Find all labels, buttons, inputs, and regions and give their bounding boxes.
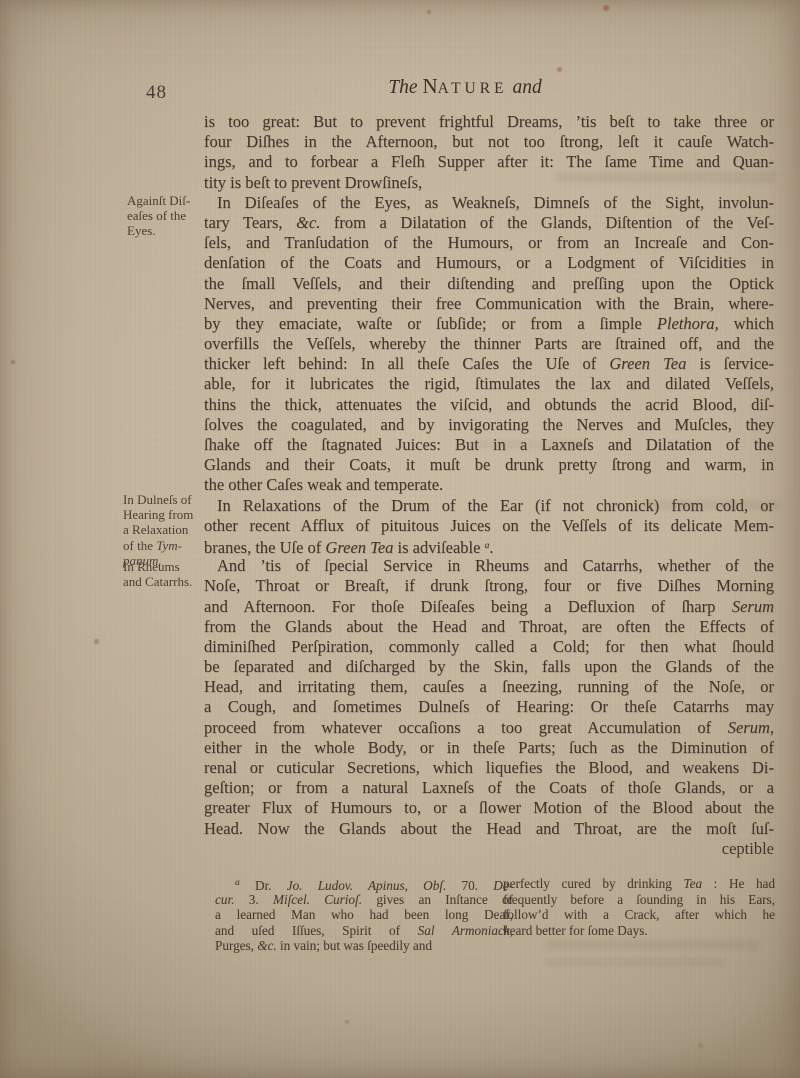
text-line: ings, and to forbear a Fleſh Supper afte… xyxy=(204,152,774,172)
footnote-marker: a xyxy=(485,541,490,551)
text-line: Purges, &c. in vain; but was ſpeedily an… xyxy=(215,938,513,954)
text-line: heard better for ſome Days. xyxy=(503,923,775,939)
text-line: thins the thick, attenuates the viſcid, … xyxy=(204,395,774,415)
foxing-stain xyxy=(603,5,609,11)
text-line: overfills the Veſſels, whereby the thinn… xyxy=(204,334,774,354)
bleedthrough-smudge xyxy=(545,958,725,967)
text-line: renal or cuticular Secretions, which liq… xyxy=(204,758,774,778)
scanned-book-page-photo: { "colors": { "paper": "#c3b49e", "ink":… xyxy=(0,0,800,1078)
paragraph: And ’tis of ſpecial Service in Rheums an… xyxy=(204,556,774,839)
body-text: is too great: But to prevent frightful D… xyxy=(204,112,774,839)
styled-text: Obſ. xyxy=(423,878,446,893)
text-line: other recent Afflux of pituitous Juices … xyxy=(204,516,774,536)
text-line: four Diſhes in the Afternoon, but not to… xyxy=(204,132,774,152)
text-line: denſation of the Coats and Humours, or a… xyxy=(204,253,774,273)
footnote-marker: a xyxy=(235,878,240,888)
text-line: In Rheums xyxy=(123,559,211,574)
text-line: diminiſhed Perſpiration, commonly called… xyxy=(204,637,774,657)
text-line: tary Tears, &c. from a Dilatation of the… xyxy=(204,213,774,233)
foxing-stain xyxy=(345,1020,349,1024)
text-line: In Diſeaſes of the Eyes, as Weakneſs, Di… xyxy=(204,193,774,213)
text-line: be ſeparated and diſcharged by the Skin,… xyxy=(204,657,774,677)
styled-text: Tea xyxy=(683,876,702,891)
text-line: Nerves, and preventing their free Commun… xyxy=(204,294,774,314)
margin-note-eyes: Againſt Diſ-eaſes of theEyes. xyxy=(127,193,215,239)
text-line: by they emaciate, waſte or ſubſide; or f… xyxy=(204,314,774,334)
text-line: branes, the Uſe of Green Tea is adviſeab… xyxy=(204,536,774,556)
styled-text: &c. xyxy=(296,213,320,232)
paragraph: is too great: But to prevent frightful D… xyxy=(204,112,774,193)
text-line: proceed from whatever occaſions a too gr… xyxy=(204,718,774,738)
text-line: a Cough, and ſometimes Dulneſs of Hearin… xyxy=(204,697,774,717)
text-line: Head, and irritating them, cauſes a ſnee… xyxy=(204,677,774,697)
footnote-left-column: a Dr. Jo. Ludov. Apinus, Obſ. 70. De-cur… xyxy=(215,876,513,954)
text-line: Head. Now the Glands about the Head and … xyxy=(204,819,774,839)
text-line: frequently before a ſounding in his Ears… xyxy=(503,892,775,908)
text-line: and uſed Iſſues, Spirit of Sal Armoniack… xyxy=(215,923,513,939)
styled-text: Serum xyxy=(728,718,770,737)
text-line: able, for it lubricates the rigid, ſtimu… xyxy=(204,374,774,394)
text-line: In Dulneſs of xyxy=(123,492,211,507)
text-line: ſhake off the ſtagnated Juices: But in a… xyxy=(204,435,774,455)
page-number: 48 xyxy=(146,82,167,104)
foxing-stain xyxy=(94,639,99,644)
styled-text: Serum xyxy=(732,597,774,616)
text-line: a Dr. Jo. Ludov. Apinus, Obſ. 70. De- xyxy=(215,876,513,892)
foxing-stain xyxy=(698,1043,703,1048)
styled-text: Green Tea xyxy=(325,538,393,557)
text-line: a learned Man who had been long Deaf, xyxy=(215,907,513,923)
text-line: Hearing from xyxy=(123,507,211,522)
text-line: tity is beſt to prevent Drowſineſs, xyxy=(204,173,774,193)
paragraph: In Diſeaſes of the Eyes, as Weakneſs, Di… xyxy=(204,193,774,496)
styled-text: ATURE xyxy=(438,80,508,97)
styled-text: Miſcel. Curioſ. xyxy=(273,892,362,907)
text-line: And ’tis of ſpecial Service in Rheums an… xyxy=(204,556,774,576)
text-line: of the Tym- xyxy=(123,538,211,553)
footnote-right-column: perfectly cured by drinking Tea : He had… xyxy=(503,876,775,938)
text-line: either in the whole Body, or in theſe Pa… xyxy=(204,738,774,758)
text-line: Glands and their Coats, it muſt be drunk… xyxy=(204,455,774,475)
styled-text: and xyxy=(508,77,542,98)
text-line: the other Caſes weak and temperate. xyxy=(204,475,774,495)
foxing-stain xyxy=(11,360,15,364)
text-line: greater Flux of Humours to, or a ſlower … xyxy=(204,798,774,818)
paragraph: In Relaxations of the Drum of the Ear (i… xyxy=(204,496,774,557)
text-line: the ſmall Veſſels, and their diſtending … xyxy=(204,274,774,294)
text-line: Againſt Diſ- xyxy=(127,193,215,208)
styled-text: Plethora xyxy=(657,314,715,333)
foxing-stain xyxy=(557,67,562,72)
text-line: Eyes. xyxy=(127,223,215,238)
text-line: is too great: But to prevent frightful D… xyxy=(204,112,774,132)
running-header: The NATURE and xyxy=(180,74,750,99)
text-line: a Relaxation xyxy=(123,522,211,537)
text-line: and Catarrhs. xyxy=(123,574,211,589)
text-line: ſolves the coagulated, and by invigorati… xyxy=(204,415,774,435)
styled-text: cur. xyxy=(215,892,234,907)
text-line: perfectly cured by drinking Tea : He had xyxy=(503,876,775,892)
text-line: In Relaxations of the Drum of the Ear (i… xyxy=(204,496,774,516)
text-line: from the Glands about the Head and Throa… xyxy=(204,617,774,637)
catchword: ceptible xyxy=(204,839,774,859)
text-line: geſtion; or from a natural Laxneſs of th… xyxy=(204,778,774,798)
styled-text: &c. xyxy=(257,938,276,953)
book-page: 48 The NATURE and Againſt Diſ-eaſes of t… xyxy=(0,0,800,1078)
text-line: eaſes of the xyxy=(127,208,215,223)
text-line: and Afternoon. For thoſe Diſeaſes being … xyxy=(204,597,774,617)
styled-text: The xyxy=(388,77,422,98)
styled-text: N xyxy=(422,74,437,98)
styled-text: Tym- xyxy=(156,538,182,553)
styled-text: Green Tea xyxy=(609,354,686,373)
margin-note-rheums: In Rheumsand Catarrhs. xyxy=(123,559,211,589)
text-line: thicker left behind: In all theſe Caſes … xyxy=(204,354,774,374)
margin-note-hearing: In Dulneſs ofHearing froma Relaxationof … xyxy=(123,492,211,568)
text-line: cur. 3. Miſcel. Curioſ. gives an Inſtanc… xyxy=(215,892,513,908)
bleedthrough-smudge xyxy=(545,940,760,950)
text-line: ſels, and Tranſudation of the Humours, o… xyxy=(204,233,774,253)
styled-text: Sal Armoniack xyxy=(418,923,510,938)
text-line: Noſe, Throat or Breaſt, if drunk ſtrong,… xyxy=(204,576,774,596)
text-line: follow’d with a Crack, after which he xyxy=(503,907,775,923)
foxing-stain xyxy=(427,10,431,14)
